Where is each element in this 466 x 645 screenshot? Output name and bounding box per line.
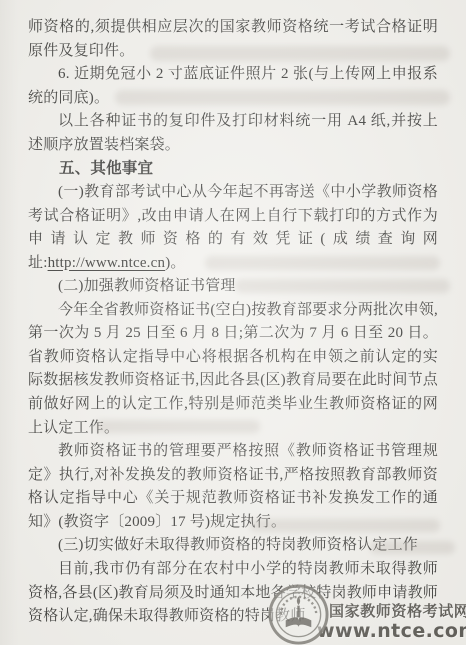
para-management-regulation: 教师资格证书的管理要严格按照《教师资格证书管理规定》执行,对补发换发的教师资格证… <box>28 440 438 534</box>
scanned-document-page: 师资格的,须提供相应层次的国家教师资格统一考试合格证明原件及复印件。 6. 近期… <box>0 0 466 645</box>
watermark-text: 国家教师资格考试网 www.ntce.com <box>329 600 466 642</box>
para-continued-certificate-proof: 师资格的,须提供相应层次的国家教师资格统一考试合格证明原件及复印件。 <box>28 16 438 63</box>
para-item-6-photos: 6. 近期免冠小 2 寸蓝底证件照片 2 张(与上传网上申报系统的同底)。 <box>28 63 438 110</box>
para-certificate-batch-schedule: 今年全省教师资格证书(空白)按教育部要求分两批次申领,第一次为 5 月 25 日… <box>28 299 438 440</box>
para-online-download-notice: (一)教育部考试中心从今年起不再寄送《中小学教师资格考试合格证明》,改由申请人在… <box>28 181 438 275</box>
para-text-after-url: )。 <box>165 255 185 271</box>
ntce-seal-icon <box>267 583 330 645</box>
document-body: 师资格的,须提供相应层次的国家教师资格统一考试合格证明原件及复印件。 6. 近期… <box>28 16 438 629</box>
subhead-tegang-teacher-certification: (三)切实做好未取得教师资格的特岗教师资格认定工作 <box>28 534 438 558</box>
score-query-url: http://www.ntce.cn <box>48 255 166 271</box>
section-heading-other-matters: 五、其他事宜 <box>28 157 438 181</box>
subhead-strengthen-certificate-management: (二)加强教师资格证书管理 <box>28 275 438 299</box>
para-a4-paper-note: 以上各种证书的复印件及打印材料统一用 A4 纸,并按上述顺序放置装档案袋。 <box>28 110 438 157</box>
watermark: 国家教师资格考试网 www.ntce.com <box>267 583 466 645</box>
watermark-site-name: 国家教师资格考试网 <box>329 600 466 621</box>
watermark-site-url: www.ntce.com <box>317 620 466 642</box>
